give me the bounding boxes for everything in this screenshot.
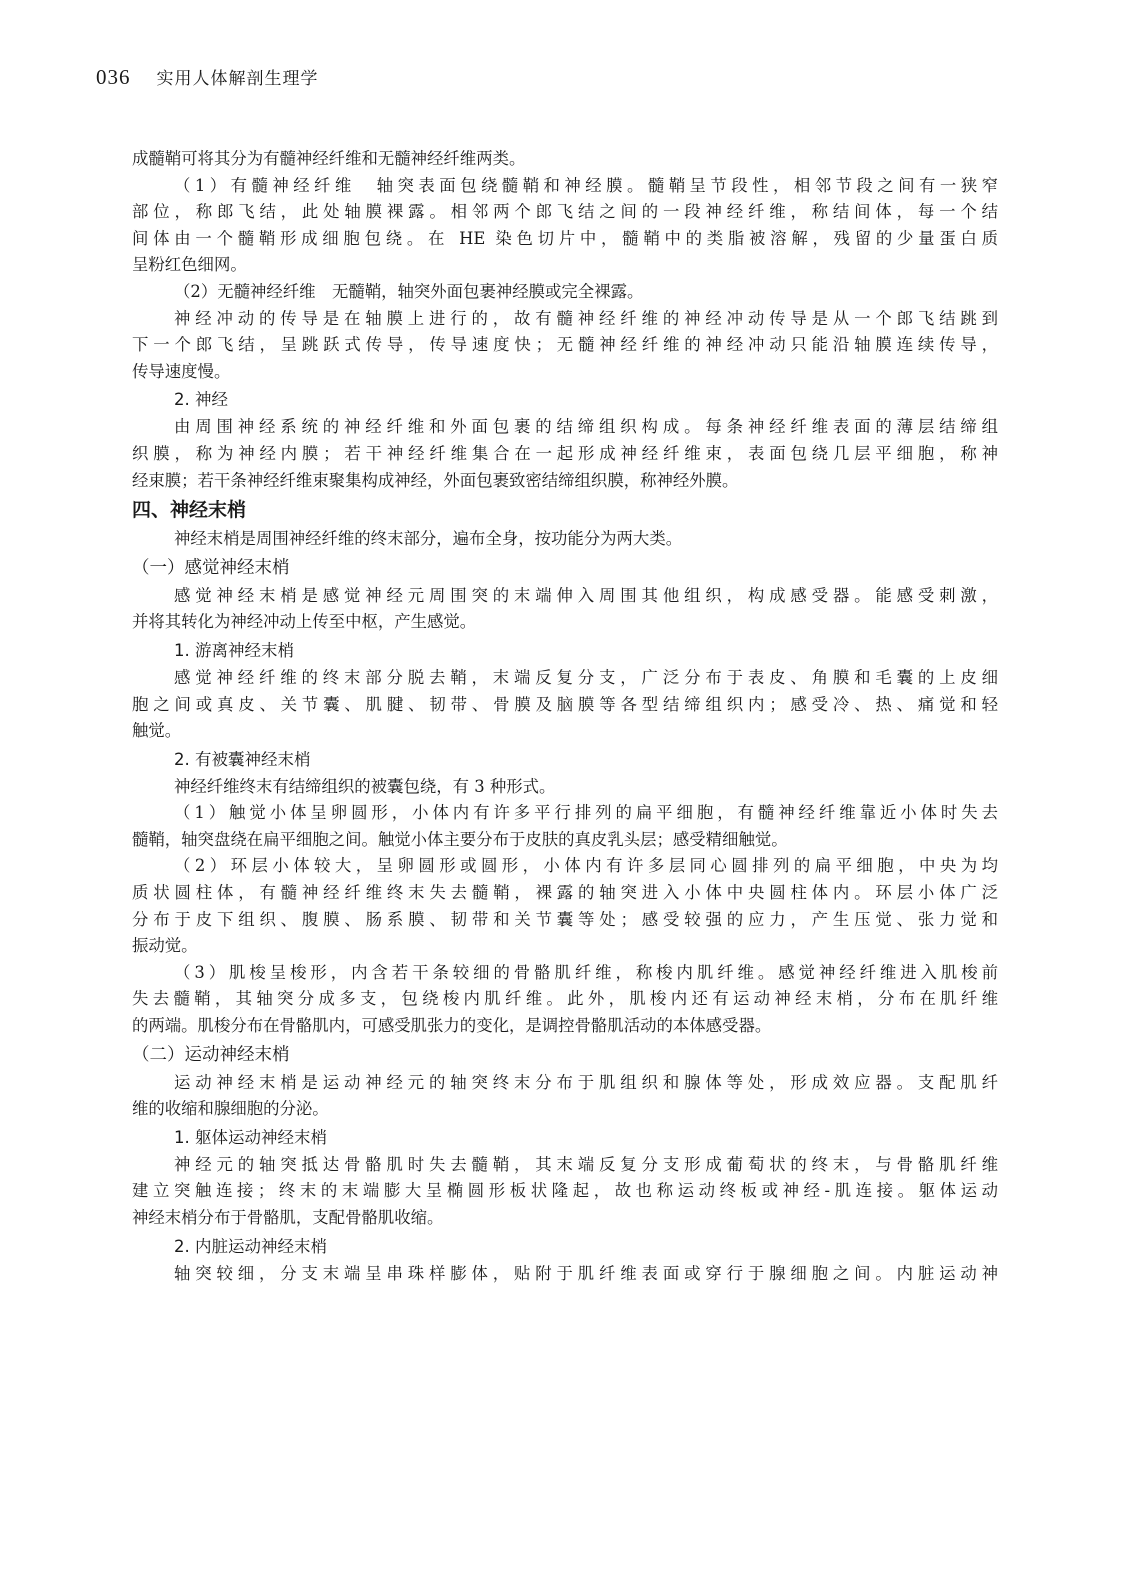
paragraph-line: 经束膜；若干条神经纤维束聚集构成神经，外面包裹致密结缔组织膜，称神经外膜。 xyxy=(132,468,998,495)
paragraph-line: 维的收缩和腺细胞的分泌。 xyxy=(132,1096,998,1123)
paragraph-line: 感觉神经末梢是感觉神经元周围突的末端伸入周围其他组织，构成感受器。能感受刺激， xyxy=(132,583,998,610)
subsection-heading: （一）感觉神经末梢 xyxy=(132,553,998,583)
section-heading: 四、神经末梢 xyxy=(132,494,998,526)
running-header: 036 实用人体解剖生理学 xyxy=(96,64,319,94)
paragraph-line: 轴突较细，分支末端呈串珠样膨体，贴附于肌纤维表面或穿行于腺细胞之间。内脏运动神 xyxy=(132,1261,998,1288)
paragraph-line: 振动觉。 xyxy=(132,933,998,960)
paragraph-line: 神经末梢是周围神经纤维的终末部分，遍布全身，按功能分为两大类。 xyxy=(132,526,998,553)
paragraph-line: 感觉神经纤维的终末部分脱去鞘，末端反复分支，广泛分布于表皮、角膜和毛囊的上皮细 xyxy=(132,665,998,692)
paragraph-line: 由周围神经系统的神经纤维和外面包裹的结缔组织构成。每条神经纤维表面的薄层结缔组 xyxy=(132,414,998,441)
paragraph-line: 髓鞘，轴突盘绕在扁平细胞之间。触觉小体主要分布于皮肤的真皮乳头层；感受精细触觉。 xyxy=(132,827,998,854)
book-title: 实用人体解剖生理学 xyxy=(157,64,319,89)
paragraph-line: 触觉。 xyxy=(132,718,998,745)
paragraph-line: 下一个郎飞结，呈跳跃式传导，传导速度快；无髓神经纤维的神经冲动只能沿轴膜连续传导… xyxy=(132,332,998,359)
paragraph-line: 传导速度慢。 xyxy=(132,359,998,386)
paragraph-line: 部位，称郎飞结，此处轴膜裸露。相邻两个郎飞结之间的一段神经纤维，称结间体，每一个… xyxy=(132,199,998,226)
paragraph-line: 呈粉红色细网。 xyxy=(132,252,998,279)
paragraph-line: 胞之间或真皮、关节囊、肌腱、韧带、骨膜及脑膜等各型结缔组织内；感受冷、热、痛觉和… xyxy=(132,692,998,719)
paragraph-line: 成髓鞘可将其分为有髓神经纤维和无髓神经纤维两类。 xyxy=(132,146,998,173)
page-body: 成髓鞘可将其分为有髓神经纤维和无髓神经纤维两类。（1）有髓神经纤维 轴突表面包绕… xyxy=(132,146,998,1287)
paragraph-line: 分布于皮下组织、腹膜、肠系膜、韧带和关节囊等处；感受较强的应力，产生压觉、张力觉… xyxy=(132,907,998,934)
sub-subsection-heading: 1. 游离神经末梢 xyxy=(132,636,998,665)
paragraph-line: 并将其转化为神经冲动上传至中枢，产生感觉。 xyxy=(132,609,998,636)
sub-subsection-heading: 2. 有被囊神经末梢 xyxy=(132,745,998,774)
paragraph-line: 神经元的轴突抵达骨骼肌时失去髓鞘，其末端反复分支形成葡萄状的终末，与骨骼肌纤维 xyxy=(132,1152,998,1179)
page-number: 036 xyxy=(96,65,131,90)
paragraph-line: 运动神经末梢是运动神经元的轴突终末分布于肌组织和腺体等处，形成效应器。支配肌纤 xyxy=(132,1070,998,1097)
paragraph-line: 间体由一个髓鞘形成细胞包绕。在 HE 染色切片中，髓鞘中的类脂被溶解，残留的少量… xyxy=(132,226,998,253)
paragraph-line: 织膜，称为神经内膜；若干神经纤维集合在一起形成神经纤维束，表面包绕几层平细胞，称… xyxy=(132,441,998,468)
paragraph-line: （2）无髓神经纤维 无髓鞘，轴突外面包裹神经膜或完全裸露。 xyxy=(132,279,998,306)
paragraph-line: 质状圆柱体，有髓神经纤维终末失去髓鞘，裸露的轴突进入小体中央圆柱体内。环层小体广… xyxy=(132,880,998,907)
paragraph-line: 神经末梢分布于骨骼肌，支配骨骼肌收缩。 xyxy=(132,1205,998,1232)
paragraph-line: 神经纤维终末有结缔组织的被囊包绕，有 3 种形式。 xyxy=(132,774,998,801)
paragraph-line: （2）环层小体较大，呈卵圆形或圆形，小体内有许多层同心圆排列的扁平细胞，中央为均 xyxy=(132,853,998,880)
subsection-heading: （二）运动神经末梢 xyxy=(132,1040,998,1070)
sub-subsection-heading: 2. 内脏运动神经末梢 xyxy=(132,1232,998,1261)
sub-subsection-heading: 2. 神经 xyxy=(132,385,998,414)
paragraph-line: （1）触觉小体呈卵圆形，小体内有许多平行排列的扁平细胞，有髓神经纤维靠近小体时失… xyxy=(132,800,998,827)
paragraph-line: （1）有髓神经纤维 轴突表面包绕髓鞘和神经膜。髓鞘呈节段性，相邻节段之间有一狭窄 xyxy=(132,173,998,200)
paragraph-line: （3）肌梭呈梭形，内含若干条较细的骨骼肌纤维，称梭内肌纤维。感觉神经纤维进入肌梭… xyxy=(132,960,998,987)
paragraph-line: 建立突触连接；终末的末端膨大呈椭圆形板状隆起，故也称运动终板或神经-肌连接。躯体… xyxy=(132,1178,998,1205)
sub-subsection-heading: 1. 躯体运动神经末梢 xyxy=(132,1123,998,1152)
paragraph-line: 神经冲动的传导是在轴膜上进行的，故有髓神经纤维的神经冲动传导是从一个郎飞结跳到 xyxy=(132,306,998,333)
paragraph-line: 失去髓鞘，其轴突分成多支，包绕梭内肌纤维。此外，肌梭内还有运动神经末梢，分布在肌… xyxy=(132,986,998,1013)
paragraph-line: 的两端。肌梭分布在骨骼肌内，可感受肌张力的变化，是调控骨骼肌活动的本体感受器。 xyxy=(132,1013,998,1040)
